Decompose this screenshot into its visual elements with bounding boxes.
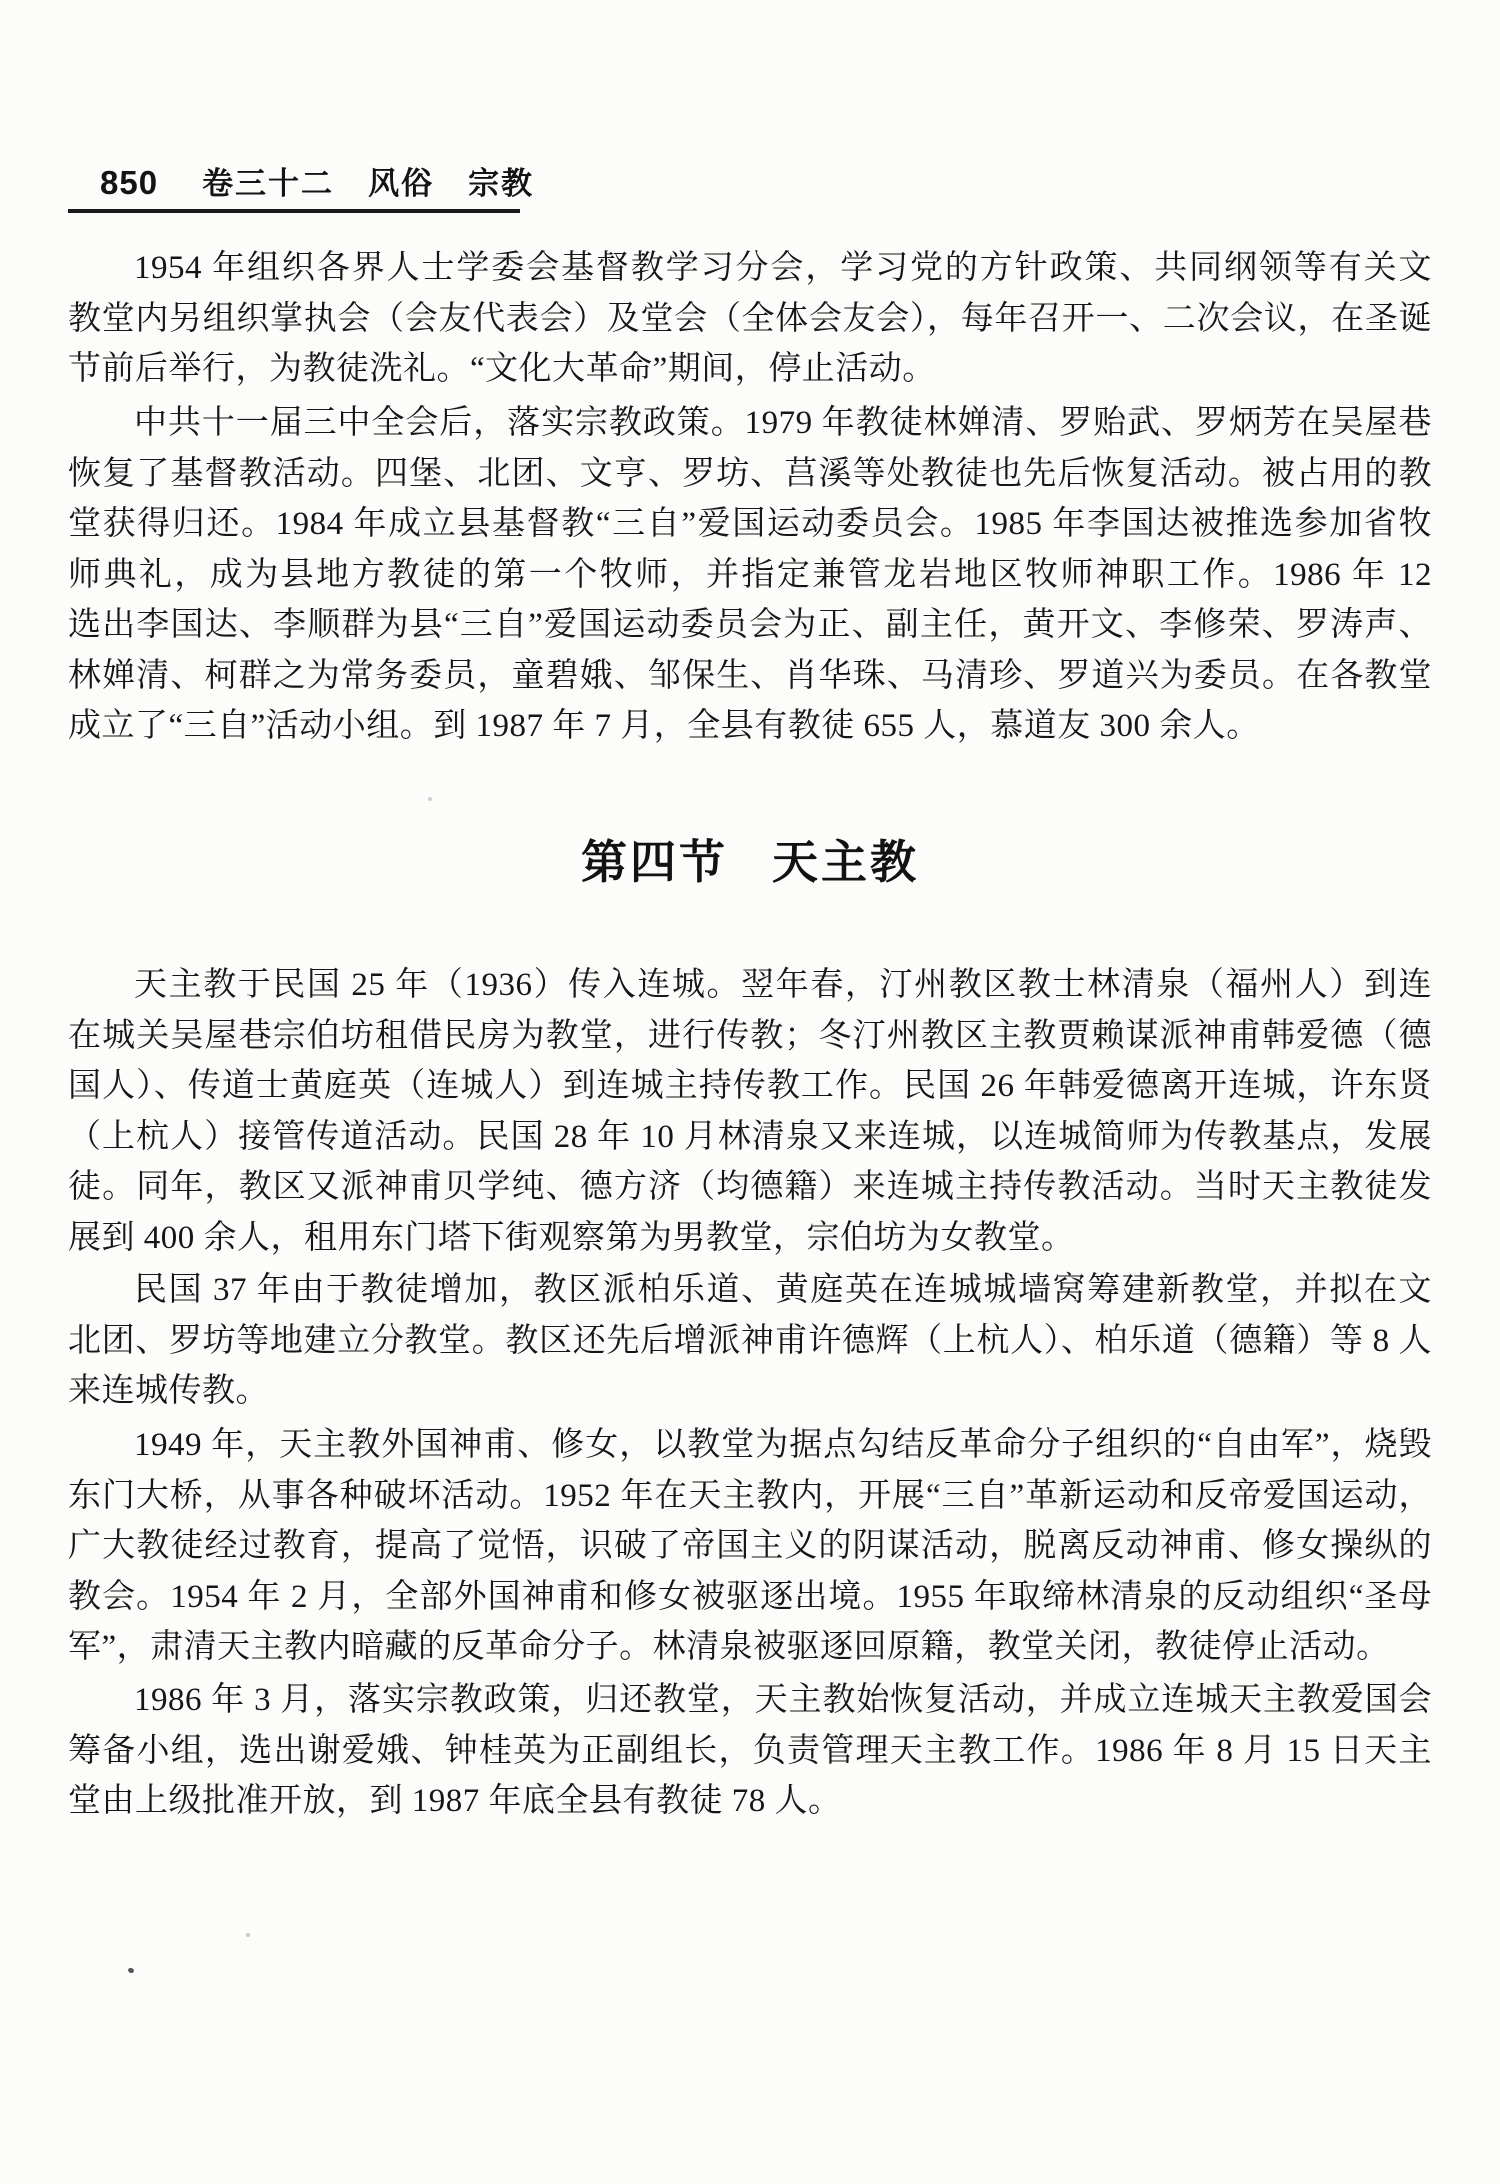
text-line: 东门大桥，从事各种破坏活动。1952 年在天主教内，开展“三自”革新运动和反帝爱… — [68, 1471, 1432, 1522]
paragraph-new-churches: 民国 37 年由于教徒增加，教区派柏乐道、黄庭英在连城城墙窝筹建新教堂，并拟在文… — [68, 1265, 1432, 1417]
scan-speck — [127, 1967, 134, 1974]
text-line: 节前后举行，为教徒洗礼。“文化大革命”期间，停止活动。 — [68, 344, 1432, 395]
text-line: 成立了“三自”活动小组。到 1987 年 7 月，全县有教徒 655 人，慕道友… — [68, 701, 1432, 752]
text-line: 国人）、传道士黄庭英（连城人）到连城主持传教工作。民国 26 年韩爱德离开连城，… — [68, 1061, 1432, 1112]
text-line: 师典礼，成为县地方教徒的第一个牧师，并指定兼管龙岩地区牧师神职工作。1986 年… — [68, 550, 1432, 601]
text-line: 1949 年，天主教外国神甫、修女，以教堂为据点勾结反革命分子组织的“自由军”，… — [68, 1420, 1432, 1471]
text-line: 选出李国达、李顺群为县“三自”爱国运动委员会为正、副主任，黄开文、李修荣、罗涛声… — [68, 600, 1432, 651]
text-line: 恢复了基督教活动。四堡、北团、文亨、罗坊、莒溪等处教徒也先后恢复活动。被占用的教 — [68, 449, 1432, 500]
paragraph-1949-events: 1949 年，天主教外国神甫、修女，以教堂为据点勾结反革命分子组织的“自由军”，… — [68, 1420, 1432, 1673]
paragraph-third-plenum: 中共十一届三中全会后，落实宗教政策。1979 年教徒林婵清、罗贻武、罗炳芳在吴屋… — [68, 398, 1432, 752]
header-volume: 卷三十二 — [202, 158, 334, 203]
text-line: 堂由上级批准开放，到 1987 年底全县有教徒 78 人。 — [68, 1776, 1432, 1827]
header-topic: 风俗 — [368, 158, 434, 203]
scan-speck — [246, 1933, 250, 1937]
text-line: 民国 37 年由于教徒增加，教区派柏乐道、黄庭英在连城城墙窝筹建新教堂，并拟在文… — [68, 1265, 1432, 1316]
paragraph-1986-restoration: 1986 年 3 月，落实宗教政策，归还教堂，天主教始恢复活动，并成立连城天主教… — [68, 1675, 1432, 1827]
scan-speck — [428, 797, 432, 801]
text-line: 教堂内另组织掌执会（会友代表会）及堂会（全体会友会），每年召开一、二次会议，在圣… — [68, 294, 1432, 345]
text-line: 展到 400 余人，租用东门塔下街观察第为男教堂，宗伯坊为女教堂。 — [68, 1213, 1432, 1264]
text-line: 徒。同年，教区又派神甫贝学纯、德方济（均德籍）来连城主持传教活动。当时天主教徒发 — [68, 1162, 1432, 1213]
running-header: 850 卷三十二 风俗 宗教 — [100, 158, 534, 203]
text-line: 在城关吴屋巷宗伯坊租借民房为教堂，进行传教；冬汀州教区主教贾赖谋派神甫韩爱德（德 — [68, 1011, 1432, 1062]
text-line: 广大教徒经过教育，提高了觉悟，识破了帝国主义的阴谋活动，脱离反动神甫、修女操纵的 — [68, 1521, 1432, 1572]
book-page: 850 卷三十二 风俗 宗教 1954 年组织各界人士学委会基督教学习分会，学习… — [0, 0, 1500, 2184]
text-line: 教会。1954 年 2 月，全部外国神甫和修女被驱逐出境。1955 年取缔林清泉… — [68, 1572, 1432, 1623]
paragraph-catholic-intro: 天主教于民国 25 年（1936）传入连城。翌年春，汀州教区教士林清泉（福州人）… — [68, 960, 1432, 1263]
text-line: 中共十一届三中全会后，落实宗教政策。1979 年教徒林婵清、罗贻武、罗炳芳在吴屋… — [68, 398, 1432, 449]
paragraph-study-groups: 1954 年组织各界人士学委会基督教学习分会，学习党的方针政策、共同纲领等有关文… — [68, 243, 1432, 395]
text-line: 军”，肃清天主教内暗藏的反革命分子。林清泉被驱逐回原籍，教堂关闭，教徒停止活动。 — [68, 1622, 1432, 1673]
text-line: 来连城传教。 — [68, 1366, 1432, 1417]
text-line: 1954 年组织各界人士学委会基督教学习分会，学习党的方针政策、共同纲领等有关文… — [68, 243, 1432, 294]
header-subject: 宗教 — [468, 158, 534, 203]
text-line: 北团、罗坊等地建立分教堂。教区还先后增派神甫许德辉（上杭人）、柏乐道（德籍）等 … — [68, 1316, 1432, 1367]
text-line: 天主教于民国 25 年（1936）传入连城。翌年春，汀州教区教士林清泉（福州人）… — [68, 960, 1432, 1011]
text-line: 堂获得归还。1984 年成立县基督教“三自”爱国运动委员会。1985 年李国达被… — [68, 499, 1432, 550]
page-number: 850 — [100, 164, 158, 202]
text-line: 林婵清、柯群之为常务委员，童碧娥、邹保生、肖华珠、马清珍、罗道兴为委员。在各教堂 — [68, 651, 1432, 702]
text-line: 1986 年 3 月，落实宗教政策，归还教堂，天主教始恢复活动，并成立连城天主教… — [68, 1675, 1432, 1726]
text-line: 筹备小组，选出谢爱娥、钟桂英为正副组长，负责管理天主教工作。1986 年 8 月… — [68, 1726, 1432, 1777]
section-name: 天主教 — [772, 837, 919, 888]
section-title: 第四节天主教 — [0, 826, 1500, 892]
header-rule — [68, 209, 520, 213]
section-number: 第四节 — [581, 837, 728, 888]
text-line: （上杭人）接管传道活动。民国 28 年 10 月林清泉又来连城，以连城简师为传教… — [68, 1112, 1432, 1163]
